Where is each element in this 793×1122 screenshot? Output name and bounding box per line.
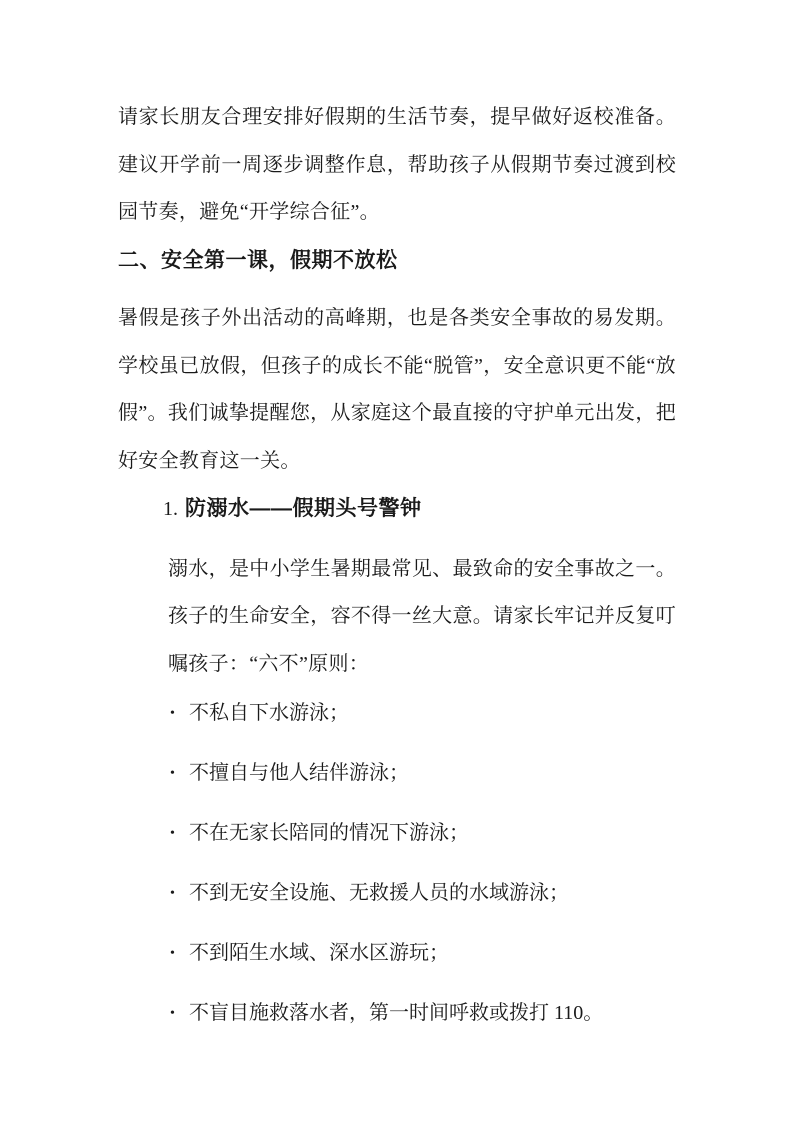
bullet-icon: • [170,870,175,918]
bullet-icon: • [170,750,175,798]
bullet-icon: • [170,810,175,858]
paragraph-safety-intro: 暑假是孩子外出活动的高峰期，也是各类安全事故的易发期。学校虽已放假，但孩子的成长… [118,295,676,485]
bullet-text: 不擅自与他人结伴游泳； [189,762,409,784]
bullet-icon: • [170,990,175,1038]
list-item: • 不到陌生水域、深水区游玩； [168,930,676,978]
bullet-icon: • [170,690,175,738]
list-item: • 不盲目施救落水者，第一时间呼救或拨打 110。 [168,990,676,1038]
section-heading-safety: 二、安全第一课，假期不放松 [118,237,676,285]
list-item: • 不到无安全设施、无救援人员的水域游泳； [168,870,676,918]
document-page: 请家长朋友合理安排好假期的生活节奏，提早做好返校准备。建议开学前一周逐步调整作息… [0,0,793,1122]
paragraph-routine: 请家长朋友合理安排好假期的生活节奏，提早做好返校准备。建议开学前一周逐步调整作息… [118,94,676,237]
bullet-icon: • [170,930,175,978]
bullet-text: 不到无安全设施、无救援人员的水域游泳； [189,882,569,904]
list-item: • 不擅自与他人结伴游泳； [168,750,676,798]
bullet-text: 不在无家长陪同的情况下游泳； [189,822,469,844]
bullet-text: 不私自下水游泳； [189,702,349,724]
six-nos-bullet-list: • 不私自下水游泳； • 不擅自与他人结伴游泳； • 不在无家长陪同的情况下游泳… [118,690,676,1038]
list-item: • 不私自下水游泳； [168,690,676,738]
bullet-text: 不到陌生水域、深水区游玩； [189,942,449,964]
list-number: 1. [163,486,185,534]
paragraph-drowning-intro: 溺水，是中小学生暑期最常见、最致命的安全事故之一。孩子的生命安全，容不得一丝大意… [118,546,676,689]
numbered-heading-title: 防溺水——假期头号警钟 [185,497,422,520]
numbered-heading-drowning: 1.防溺水——假期头号警钟 [118,485,676,534]
bullet-text: 不盲目施救落水者，第一时间呼救或拨打 110。 [189,1002,603,1024]
list-item: • 不在无家长陪同的情况下游泳； [168,810,676,858]
